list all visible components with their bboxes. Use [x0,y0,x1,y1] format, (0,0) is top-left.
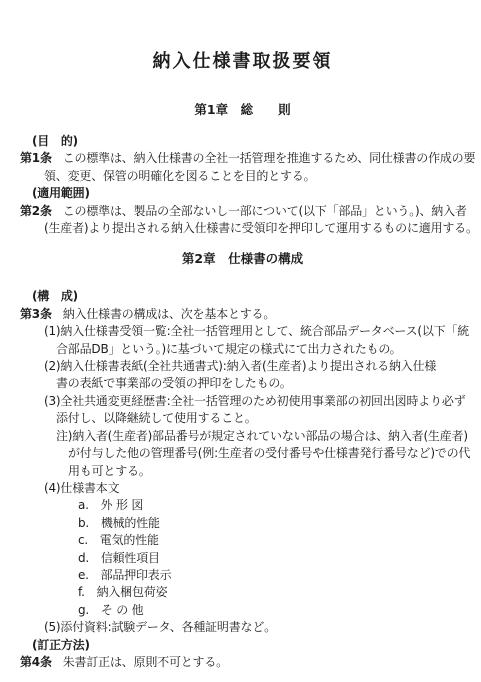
sub-item-d: d. 信頼性項目 [20,550,465,567]
sub-item-g: g. そ の 他 [20,602,465,619]
sub-item-c: c. 電気的性能 [20,532,465,549]
article-4-number: 第4条 [20,655,52,669]
note-line-2: が付与した他の管理番号(例:生産者の受付番号や仕様書発行番号など)での代 [20,445,465,462]
item-2-line-1: (2)納入仕様書表紙(全社共通書式):納入者(生産者)より提出される納入仕様 [20,358,465,375]
note-line-3: 用も可とする。 [20,463,465,480]
scope-heading: (適用範囲) [20,185,465,202]
chapter-1-heading: 第1章 総 則 [20,102,465,118]
article-1-line-2: 領、変更、保管の明確化を図ることを目的とする。 [20,168,465,185]
item-3-line-1: (3)全社共通変更経歴書:全社一括管理のため初使用事業部の初回出図時より必ず [20,393,465,410]
article-4-line: 第4条朱書訂正は、原則不可とする。 [20,654,465,671]
document-title: 納入仕様書取扱要領 [20,50,465,74]
document-content: 納入仕様書取扱要領 第1章 総 則 (目 的) 第1条この標準は、納入仕様書の全… [0,0,481,671]
composition-heading: (構 成) [20,288,465,305]
sub-item-e: e. 部品押印表示 [20,567,465,584]
item-3-line-2: 添付し、以降継続して使用すること。 [20,410,465,427]
item-1-line-2: 合部品DB」という。)に基づいて規定の様式にて出力されたもの。 [20,341,465,358]
article-1-line-1: 第1条この標準は、納入仕様書の全社一括管理を推進するため、同仕様書の作成の要 [20,150,465,167]
sub-item-a: a. 外 形 図 [20,497,465,514]
sub-item-b: b. 機械的性能 [20,515,465,532]
article-3-line: 第3条納入仕様書の構成は、次を基本とする。 [20,306,465,323]
sub-item-f: f. 納入梱包荷姿 [20,584,465,601]
item-4-line: (4)仕様書本文 [20,480,465,497]
article-2-number: 第2条 [20,204,52,218]
article-2-line-1: 第2条この標準は、製品の全部ないし一部について(以下「部品」という。)、納入者 [20,203,465,220]
article-3-number: 第3条 [20,307,52,321]
article-4-text: 朱書訂正は、原則不可とする。 [63,655,228,669]
item-1-line-1: (1)納入仕様書受領一覧:全社一括管理用として、統合部品データベース(以下「統 [20,323,465,340]
article-1-text: この標準は、納入仕様書の全社一括管理を推進するため、同仕様書の作成の要 [63,151,476,165]
article-1-number: 第1条 [20,151,52,165]
item-5-line: (5)添付資料:試験データ、各種証明書など。 [20,619,465,636]
correction-heading: (訂正方法) [20,637,465,654]
article-2-line-2: (生産者)より提出される納入仕様書に受領印を押印して運用するものに適用する。 [20,220,465,237]
document-page: 納入仕様書取扱要領 第1章 総 則 (目 的) 第1条この標準は、納入仕様書の全… [0,0,481,682]
purpose-heading: (目 的) [20,133,465,150]
article-3-text: 納入仕様書の構成は、次を基本とする。 [63,307,275,321]
item-2-line-2: 書の表紙で事業部の受領の押印をしたもの。 [20,375,465,392]
article-2-text: この標準は、製品の全部ないし一部について(以下「部品」という。)、納入者 [63,204,467,218]
note-line-1: 注)納入者(生産者)部品番号が規定されていない部品の場合は、納入者(生産者) [20,428,465,445]
chapter-2-heading: 第2章 仕様書の構成 [20,251,465,267]
